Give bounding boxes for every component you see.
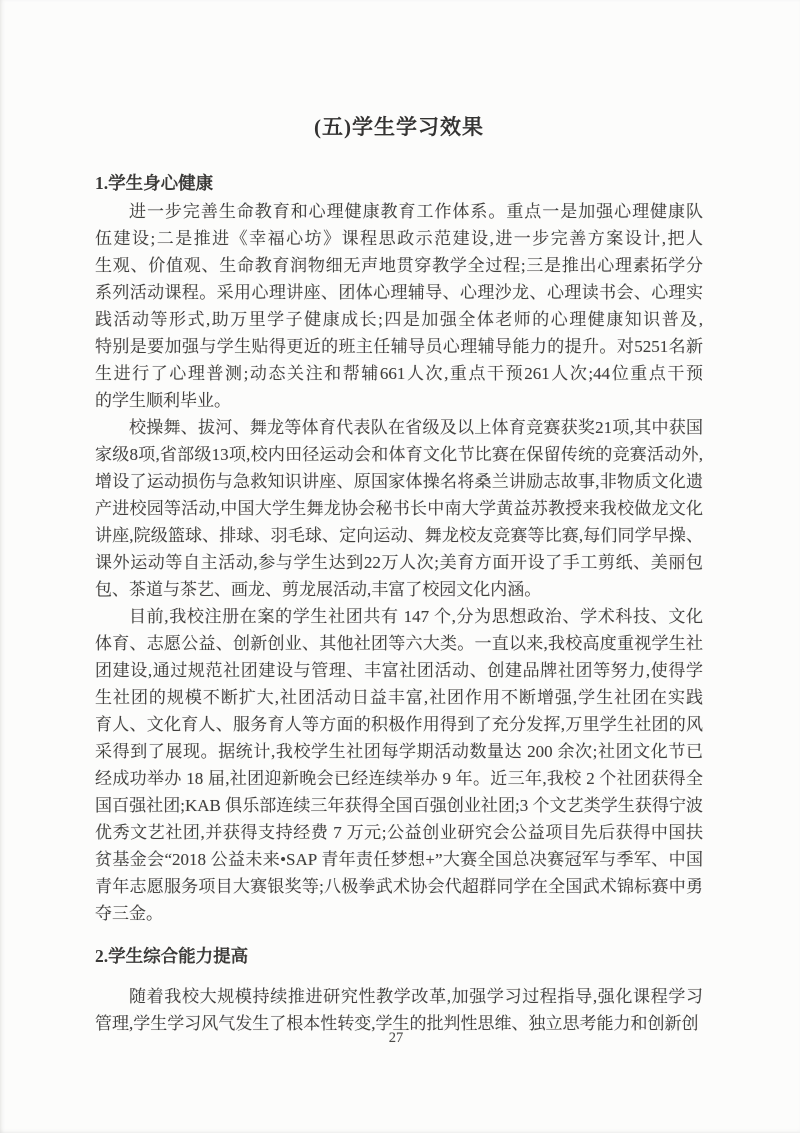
text-line: 生进行了心理普测;动态关注和帮辅661人次,重点干预261人次;44位重点干预 xyxy=(95,360,703,387)
text-line: 经成功举办 18 届,社团迎新晚会已经连续举办 9 年。近三年,我校 2 个社团… xyxy=(95,765,703,792)
paragraph-p4: 随着我校大规模持续推进研究性教学改革,加强学习过程指导,强化课程学习管理,学生学… xyxy=(95,983,703,1037)
page-title: (五)学生学习效果 xyxy=(95,112,703,142)
text-line: 育人、文化育人、服务育人等方面的积极作用得到了充分发挥,万里学生社团的风 xyxy=(95,711,703,738)
text-line: 产进校园等活动,中国大学生舞龙协会秘书长中南大学黄益苏教授来我校做龙文化 xyxy=(95,495,703,522)
text-line: 团建设,通过规范社团建设与管理、丰富社团活动、创建品牌社团等努力,使得学 xyxy=(95,657,703,684)
paragraph-p1: 进一步完善生命教育和心理健康教育工作体系。重点一是加强心理健康队伍建设;二是推进… xyxy=(95,198,703,414)
text-line: 增设了运动损伤与急救知识讲座、原国家体操名将桑兰讲励志故事,非物质文化遗 xyxy=(95,468,703,495)
text-line: 采得到了展现。据统计,我校学生社团每学期活动数量达 200 余次;社团文化节已 xyxy=(95,738,703,765)
text-line: 系列活动课程。采用心理讲座、团体心理辅导、心理沙龙、心理读书会、心理实 xyxy=(95,279,703,306)
paragraph-p2: 校操舞、拔河、舞龙等体育代表队在省级及以上体育竞赛获奖21项,其中获国家级8项,… xyxy=(95,414,703,603)
text-line: 的学生顺利毕业。 xyxy=(95,387,703,414)
text-line: 青年志愿服务项目大赛银奖等;八极拳武术协会代超群同学在全国武术锦标赛中勇 xyxy=(95,873,703,900)
text-line: 体育、志愿公益、创新创业、其他社团等六大类。一直以来,我校高度重视学生社 xyxy=(95,630,703,657)
text-line: 贫基金会“2018 公益未来•SAP 青年责任梦想+”大赛全国总决赛冠军与季军、… xyxy=(95,846,703,873)
page-number: 27 xyxy=(0,1030,792,1047)
text-line: 讲座,院级篮球、排球、羽毛球、定向运动、舞龙校友竞赛等比赛,每们同学早操、 xyxy=(95,522,703,549)
document-content: (五)学生学习效果1.学生身心健康进一步完善生命教育和心理健康教育工作体系。重点… xyxy=(95,0,703,1037)
text-line: 优秀文艺社团,并获得支持经费 7 万元;公益创业研究会公益项目先后获得中国扶 xyxy=(95,819,703,846)
text-line: 家级8项,省部级13项,校内田径运动会和体育文化节比赛在保留传统的竞赛活动外, xyxy=(95,441,703,468)
text-line: 包、茶道与茶艺、画龙、剪龙展活动,丰富了校园文化内涵。 xyxy=(95,576,703,603)
text-line: 伍建设;二是推进《幸福心坊》课程思政示范建设,进一步完善方案设计,把人 xyxy=(95,225,703,252)
text-line: 生社团的规模不断扩大,社团活动日益丰富,社团作用不断增强,学生社团在实践 xyxy=(95,684,703,711)
paragraph-p3: 目前,我校注册在案的学生社团共有 147 个,分为思想政治、学术科技、文化体育、… xyxy=(95,603,703,927)
text-line: 践活动等形式,助万里学子健康成长;四是加强全体老师的心理健康知识普及, xyxy=(95,306,703,333)
text-line: 课外运动等自主活动,参与学生达到22万人次;美育方面开设了手工剪纸、美丽包 xyxy=(95,549,703,576)
text-line: 国百强社团;KAB 俱乐部连续三年获得全国百强创业社团;3 个文艺类学生获得宁波 xyxy=(95,792,703,819)
document-page: (五)学生学习效果1.学生身心健康进一步完善生命教育和心理健康教育工作体系。重点… xyxy=(0,0,800,1133)
text-line: 目前,我校注册在案的学生社团共有 147 个,分为思想政治、学术科技、文化 xyxy=(95,603,703,630)
section-heading-h1: 1.学生身心健康 xyxy=(95,168,703,198)
text-line: 特别是要加强与学生贴得更近的班主任辅导员心理辅导能力的提升。对5251名新 xyxy=(95,333,703,360)
text-line: 随着我校大规模持续推进研究性教学改革,加强学习过程指导,强化课程学习 xyxy=(95,983,703,1010)
text-line: 进一步完善生命教育和心理健康教育工作体系。重点一是加强心理健康队 xyxy=(95,198,703,225)
text-line: 生观、价值观、生命教育润物细无声地贯穿教学全过程;三是推出心理素拓学分 xyxy=(95,252,703,279)
section-heading-h2: 2.学生综合能力提高 xyxy=(95,941,703,971)
text-line: 夺三金。 xyxy=(95,900,703,927)
text-line: 校操舞、拔河、舞龙等体育代表队在省级及以上体育竞赛获奖21项,其中获国 xyxy=(95,414,703,441)
